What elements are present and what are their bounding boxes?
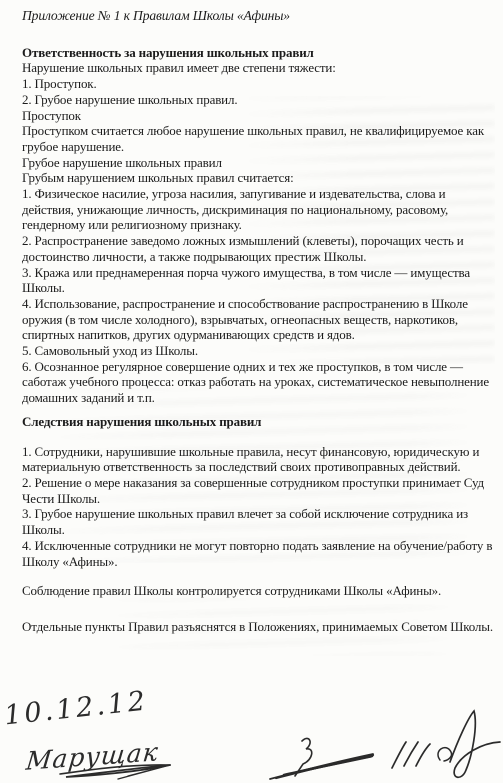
consequence-item-3: 3. Грубое нарушение школьных правил влеч… — [22, 506, 494, 537]
zigzag-strike-signature-icon — [268, 733, 378, 781]
appendix-title: Приложение № 1 к Правилам Школы «Афины» — [22, 8, 494, 24]
gross-violation-subtitle: Грубое нарушение школьных правил — [22, 155, 494, 171]
degree-item-2: 2. Грубое нарушение школьных правил. — [22, 92, 494, 108]
scanned-document-page: Приложение № 1 к Правилам Школы «Афины» … — [0, 0, 503, 783]
document-body: Приложение № 1 к Правилам Школы «Афины» … — [22, 8, 494, 635]
clarification-note: Отдельные пункты Правил разъяснятся в По… — [22, 619, 494, 635]
misdemeanor-definition: Проступком считается любое нарушение шко… — [22, 123, 494, 154]
section1-title: Ответственность за нарушения школьных пр… — [22, 45, 494, 61]
consequence-item-2: 2. Решение о мере наказания за совершенн… — [22, 475, 494, 506]
violation-item-4: 4. Использование, распространение и спос… — [22, 296, 494, 343]
violation-item-1: 1. Физическое насилие, угроза насилия, з… — [22, 186, 494, 233]
gross-violation-intro: Грубым нарушением школьных правил считае… — [22, 170, 494, 186]
violation-item-6: 6. Осознанное регулярное совершение одни… — [22, 359, 494, 406]
violation-item-3: 3. Кража или преднамеренная порча чужого… — [22, 265, 494, 296]
misdemeanor-subtitle: Проступок — [22, 108, 494, 124]
consequence-item-4: 4. Исключенные сотрудники не могут повто… — [22, 538, 494, 569]
compliance-note: Соблюдение правил Школы контролируется с… — [22, 583, 494, 599]
degree-item-1: 1. Проступок. — [22, 76, 494, 92]
section2-title: Следствия нарушения школьных правил — [22, 414, 494, 430]
section1-intro: Нарушение школьных правил имеет две степ… — [22, 60, 494, 76]
signature-arrow-flourish-icon — [18, 756, 183, 783]
violation-item-2: 2. Распространение заведомо ложных измыш… — [22, 233, 494, 264]
violation-item-5: 5. Самовольный уход из Школы. — [22, 343, 494, 359]
loop-flourish-signature-icon — [378, 698, 503, 783]
handwritten-date: 10.12.12 — [3, 686, 150, 732]
consequence-item-1: 1. Сотрудники, нарушившие школьные прави… — [22, 444, 494, 475]
